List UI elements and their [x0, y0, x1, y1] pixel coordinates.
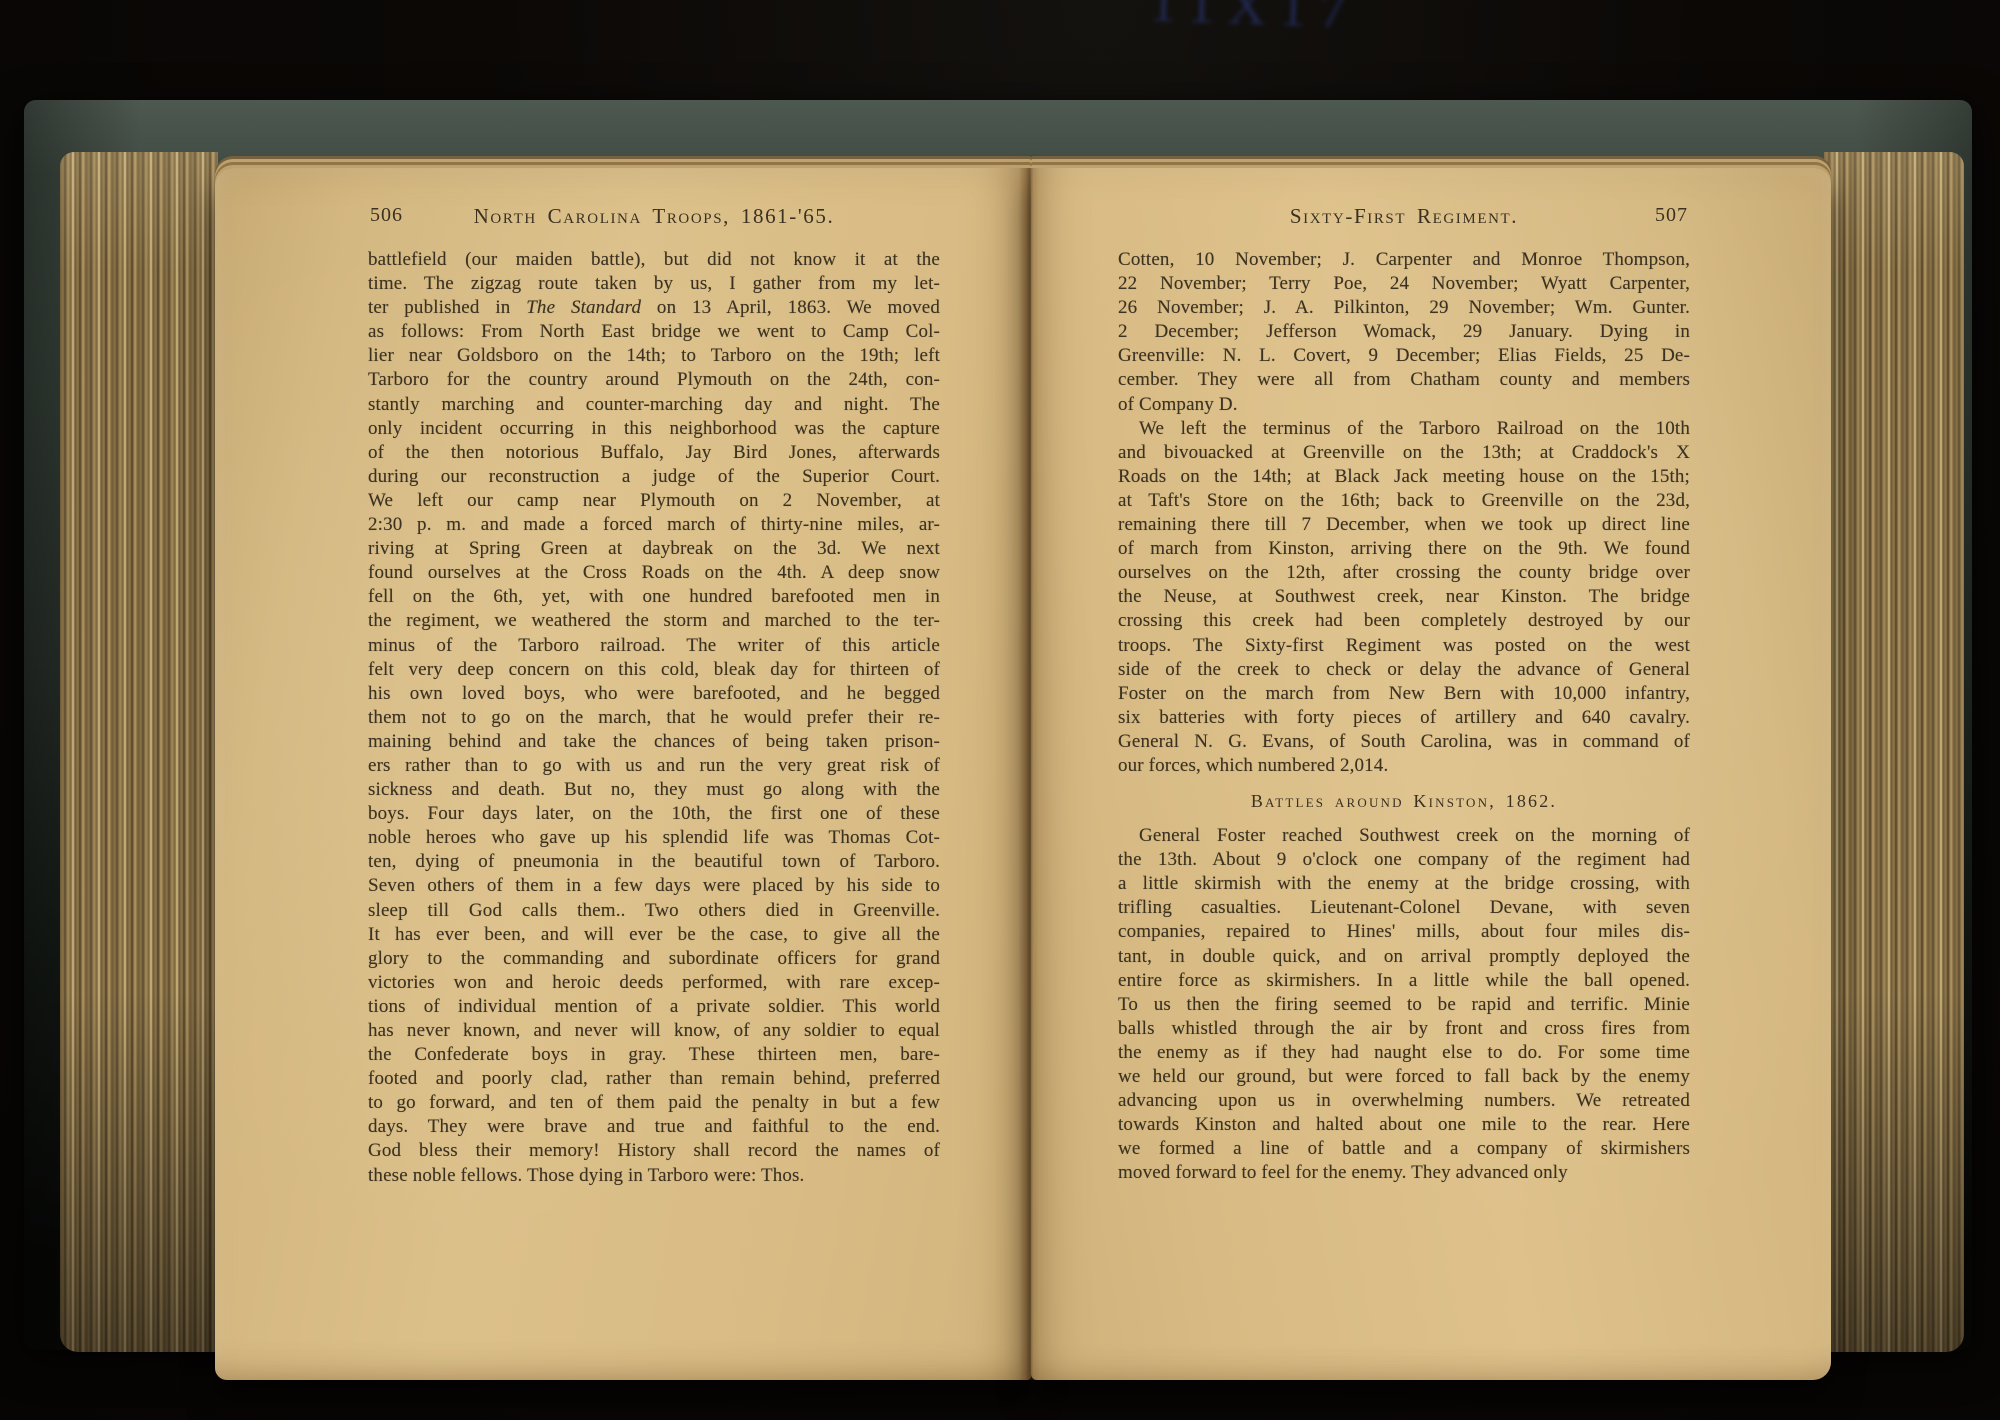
text-line: at Taft's Store on the 16th; back to Gre…	[1118, 489, 1690, 513]
text-line: tant, in double quick, and on arrival pr…	[1118, 945, 1690, 969]
text-line: God bless their memory! History shall re…	[368, 1139, 940, 1163]
text-line: side of the creek to check or delay the …	[1118, 658, 1690, 682]
text-line: our forces, which numbered 2,014.	[1118, 754, 1690, 778]
text-line: ers rather than to go with us and run th…	[368, 754, 940, 778]
text-line: the regiment, we weathered the storm and…	[368, 609, 940, 633]
text-line: battlefield (our maiden battle), but did…	[368, 248, 940, 272]
text-line: victories won and heroic deeds performed…	[368, 971, 940, 995]
text-line: the Neuse, at Southwest creek, near Kins…	[1118, 585, 1690, 609]
text-line: To us then the firing seemed to be rapid…	[1118, 993, 1690, 1017]
text-line: the Confederate boys in gray. These thir…	[368, 1043, 940, 1067]
right-page-paragraph-1: Cotten, 10 November; J. Carpenter and Mo…	[1118, 248, 1690, 417]
text-line: days. They were brave and true and faith…	[368, 1115, 940, 1139]
text-line: Foster on the march from New Bern with 1…	[1118, 682, 1690, 706]
left-page: 506 North Carolina Troops, 1861-'65. bat…	[215, 168, 1031, 1380]
text-line: ter published in The Standard on 13 Apri…	[368, 296, 940, 320]
section-heading: Battles around Kinston, 1862.	[1118, 789, 1690, 813]
text-line: six batteries with forty pieces of artil…	[1118, 706, 1690, 730]
text-line: fell on the 6th, yet, with one hundred b…	[368, 585, 940, 609]
text-line: entire force as skirmishers. In a little…	[1118, 969, 1690, 993]
text-line: General N. G. Evans, of South Carolina, …	[1118, 730, 1690, 754]
right-page: Sixty-First Regiment. 507 Cotten, 10 Nov…	[1031, 168, 1831, 1380]
text-line: during our reconstruction a judge of the…	[368, 465, 940, 489]
text-line: We left the terminus of the Tarboro Rail…	[1118, 417, 1690, 441]
text-line: of march from Kinston, arriving there on…	[1118, 537, 1690, 561]
text-line: of Company D.	[1118, 393, 1690, 417]
text-line: only incident occurring in this neighbor…	[368, 417, 940, 441]
text-line: It has ever been, and will ever be the c…	[368, 923, 940, 947]
text-line: glory to the commanding and subordinate …	[368, 947, 940, 971]
right-page-header: Sixty-First Regiment. 507	[1118, 204, 1690, 234]
text-line: ourselves on the 12th, after crossing th…	[1118, 561, 1690, 585]
page-edge-stack-right	[1824, 152, 1964, 1352]
text-line: and bivouacked at Greenville on the 13th…	[1118, 441, 1690, 465]
text-line: moved forward to feel for the enemy. The…	[1118, 1161, 1690, 1185]
text-line: noble heroes who gave up his splendid li…	[368, 826, 940, 850]
text-line: the enemy as if they had naught else to …	[1118, 1041, 1690, 1065]
text-line: we formed a line of battle and a company…	[1118, 1137, 1690, 1161]
right-page-number: 507	[1655, 204, 1688, 227]
text-line: of the then notorious Buffalo, Jay Bird …	[368, 441, 940, 465]
right-page-paragraph-3: General Foster reached Southwest creek o…	[1118, 824, 1690, 1185]
text-line: General Foster reached Southwest creek o…	[1118, 824, 1690, 848]
text-line: 2:30 p. m. and made a forced march of th…	[368, 513, 940, 537]
text-line: sickness and death. But no, they must go…	[368, 778, 940, 802]
handwritten-annotation: 11X17	[1149, 0, 1361, 41]
text-line: Tarboro for the country around Plymouth …	[368, 368, 940, 392]
text-line: 2 December; Jefferson Womack, 29 January…	[1118, 320, 1690, 344]
text-line: boys. Four days later, on the 10th, the …	[368, 802, 940, 826]
left-running-title: North Carolina Troops, 1861-'65.	[368, 204, 940, 229]
text-line: troops. The Sixty-first Regiment was pos…	[1118, 634, 1690, 658]
right-running-title: Sixty-First Regiment.	[1118, 204, 1690, 229]
left-page-paragraph: battlefield (our maiden battle), but did…	[368, 248, 940, 1188]
text-line: towards Kinston and halted about one mil…	[1118, 1113, 1690, 1137]
text-line: crossing this creek had been completely …	[1118, 609, 1690, 633]
text-line: we held our ground, but were forced to f…	[1118, 1065, 1690, 1089]
text-line: ten, dying of pneumonia in the beautiful…	[368, 850, 940, 874]
text-line: trifling casualties. Lieutenant-Colonel …	[1118, 896, 1690, 920]
text-line: remaining there till 7 December, when we…	[1118, 513, 1690, 537]
text-line: found ourselves at the Cross Roads on th…	[368, 561, 940, 585]
text-line: them not to go on the march, that he wou…	[368, 706, 940, 730]
text-line: riving at Spring Green at daybreak on th…	[368, 537, 940, 561]
text-line: tions of individual mention of a private…	[368, 995, 940, 1019]
text-line: 22 November; Terry Poe, 24 November; Wya…	[1118, 272, 1690, 296]
text-line: lier near Goldsboro on the 14th; to Tarb…	[368, 344, 940, 368]
text-line: Roads on the 14th; at Black Jack meeting…	[1118, 465, 1690, 489]
book-gutter-shadow	[1019, 168, 1039, 1380]
text-line: companies, repaired to Hines' mills, abo…	[1118, 920, 1690, 944]
text-line: his own loved boys, who were barefooted,…	[368, 682, 940, 706]
text-line: to go forward, and ten of them paid the …	[368, 1091, 940, 1115]
left-page-header: 506 North Carolina Troops, 1861-'65.	[368, 204, 940, 234]
right-page-paragraph-2: We left the terminus of the Tarboro Rail…	[1118, 417, 1690, 778]
text-line: Cotten, 10 November; J. Carpenter and Mo…	[1118, 248, 1690, 272]
text-line: a little skirmish with the enemy at the …	[1118, 872, 1690, 896]
text-line: advancing upon us in overwhelming number…	[1118, 1089, 1690, 1113]
text-line: maining behind and take the chances of b…	[368, 730, 940, 754]
text-line: these noble fellows. Those dying in Tarb…	[368, 1164, 940, 1188]
scanned-book-spread: { "annotation_top": "11X17", "colors": {…	[0, 0, 2000, 1420]
text-line: has never known, and never will know, of…	[368, 1019, 940, 1043]
text-line: stantly marching and counter-marching da…	[368, 393, 940, 417]
text-line: minus of the Tarboro railroad. The write…	[368, 634, 940, 658]
text-line: cember. They were all from Chatham count…	[1118, 368, 1690, 392]
text-line: 26 November; J. A. Pilkinton, 29 Novembe…	[1118, 296, 1690, 320]
text-line: sleep till God calls them.. Two others d…	[368, 899, 940, 923]
text-line: Greenville: N. L. Covert, 9 December; El…	[1118, 344, 1690, 368]
text-line: balls whistled through the air by front …	[1118, 1017, 1690, 1041]
text-line: Seven others of them in a few days were …	[368, 874, 940, 898]
text-line: time. The zigzag route taken by us, I ga…	[368, 272, 940, 296]
text-line: felt very deep concern on this cold, ble…	[368, 658, 940, 682]
text-line: We left our camp near Plymouth on 2 Nove…	[368, 489, 940, 513]
text-line: as follows: From North East bridge we we…	[368, 320, 940, 344]
left-page-number: 506	[370, 204, 403, 227]
right-page-body: Cotten, 10 November; J. Carpenter and Mo…	[1118, 248, 1690, 1185]
text-line: footed and poorly clad, rather than rema…	[368, 1067, 940, 1091]
page-edge-stack-left	[60, 152, 218, 1352]
left-page-body: battlefield (our maiden battle), but did…	[368, 248, 940, 1188]
text-line: the 13th. About 9 o'clock one company of…	[1118, 848, 1690, 872]
